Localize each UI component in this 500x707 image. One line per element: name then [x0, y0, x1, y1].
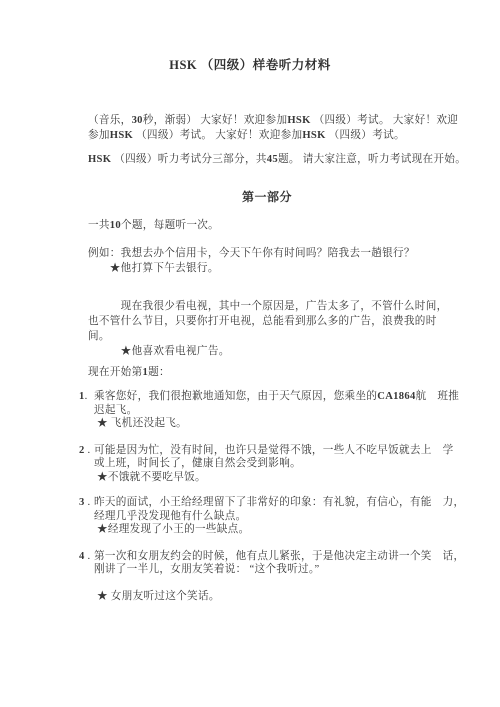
item-3-text: 昨天的面试，小王给经理留下了非常好的印象：有礼貌，有信心，有能 力， 经理几乎没… — [94, 496, 464, 537]
list-item-1: 1. 乘客您好，我们很抱歉地通知您，由于天气原因，您乘坐的CA1864航 班推 … — [79, 390, 446, 431]
list-item-3: 3 . 昨天的面试，小王给经理留下了非常好的印象：有礼貌，有信心，有能 力， 经… — [79, 496, 446, 537]
item-3-number: 3 . — [79, 496, 94, 537]
item-2-number: 2 . — [79, 444, 94, 485]
opening-announcement-paragraph: （音乐，30秒，渐弱） 大家好！欢迎参加HSK （四级）考试。 大家好！欢迎 参… — [88, 113, 446, 143]
example-passage-1: 例如：我想去办个信用卡，今天下午你有时间吗？陪我去一趟银行？ ★他打算下午去银行… — [88, 246, 446, 276]
item-4-text: 第一次和女朋友约会的时候，他有点儿紧张，于是他决定主动讲一个笑 话， 刚讲了一半… — [94, 550, 464, 604]
item-2-text: 可能是因为忙，没有时间，也许只是觉得不饿，一些人不吃早饭就去上 学 或上班，时间… — [94, 444, 454, 485]
list-item-2: 2 . 可能是因为忙，没有时间，也许只是觉得不饿，一些人不吃早饭就去上 学 或上… — [79, 444, 446, 485]
item-1-number: 1. — [79, 390, 94, 431]
document-body: （音乐，30秒，渐弱） 大家好！欢迎参加HSK （四级）考试。 大家好！欢迎 参… — [0, 113, 446, 604]
section-one-heading: 第一部分 — [88, 189, 446, 205]
example-passage-2: 现在我很少看电视，其中一个原因是，广告太多了，不管什么时间， 也不管什么节目，只… — [88, 299, 446, 359]
start-note: 现在开始第1题： — [88, 365, 446, 380]
item-4-number: 4 . — [79, 550, 94, 604]
document-title: HSK （四级）样卷听力材料 — [0, 57, 500, 73]
section-instructions: 一共10个题，每题听一次。 — [88, 218, 446, 233]
document-page: HSK （四级）样卷听力材料 （音乐，30秒，渐弱） 大家好！欢迎参加HSK （… — [0, 0, 500, 707]
list-item-4: 4 . 第一次和女朋友约会的时候，他有点儿紧张，于是他决定主动讲一个笑 话， 刚… — [79, 550, 446, 604]
item-1-text: 乘客您好，我们很抱歉地通知您，由于天气原因，您乘坐的CA1864航 班推 迟起飞… — [94, 390, 459, 431]
exam-structure-paragraph: HSK （四级）听力考试分三部分，共45题。 请大家注意，听力考试现在开始。 — [88, 152, 446, 167]
